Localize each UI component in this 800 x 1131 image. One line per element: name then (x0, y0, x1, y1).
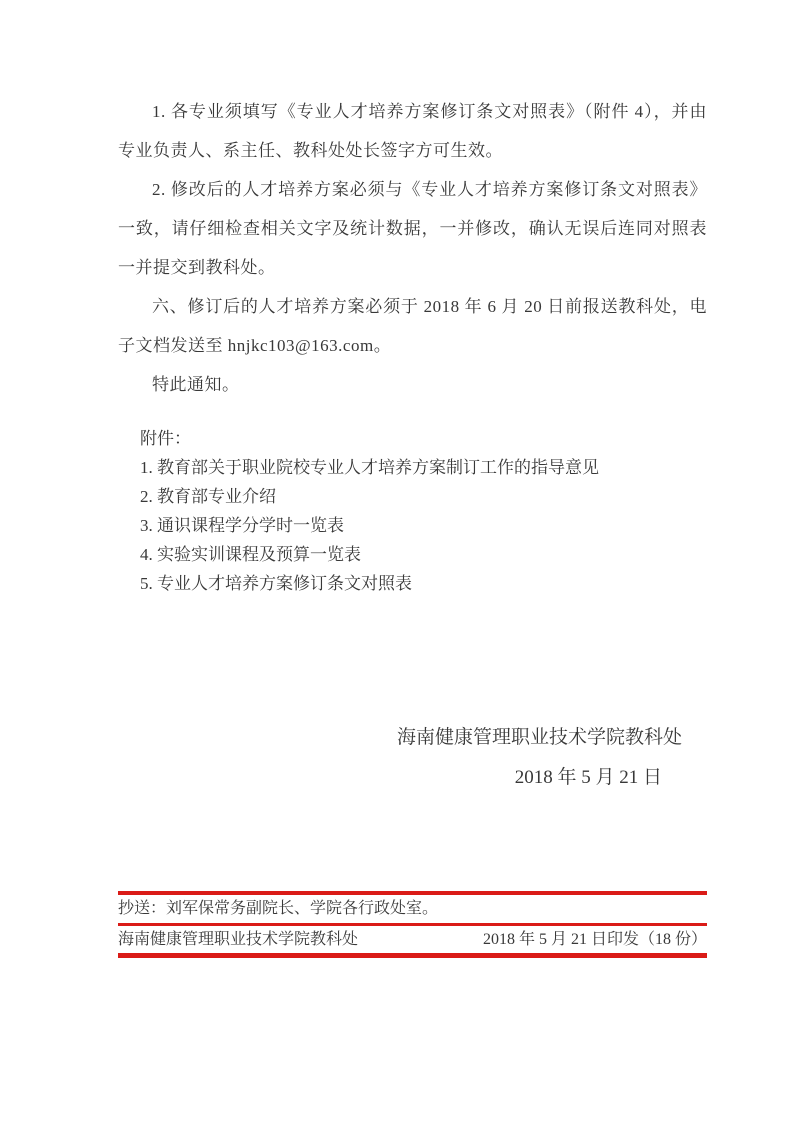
footer-issuer: 海南健康管理职业技术学院教科处 (118, 929, 358, 950)
notice-document-page: 1. 各专业须填写《专业人才培养方案修订条文对照表》（附件 4），并由专业负责人… (0, 0, 800, 1131)
footer-print-info: 2018 年 5 月 21 日印发（18 份） (483, 929, 707, 950)
closing-remark: 特此通知。 (118, 365, 707, 404)
body-paragraph-2: 2. 修改后的人才培养方案必须与《专业人才培养方案修订条文对照表》一致，请仔细检… (118, 170, 707, 287)
cc-line: 抄送：刘军保常务副院长、学院各行政处室。 (118, 900, 438, 917)
attachments-label: 附件： (140, 424, 707, 453)
attachment-item-5: 5. 专业人才培养方案修订条文对照表 (140, 569, 707, 598)
body-paragraph-1: 1. 各专业须填写《专业人才培养方案修订条文对照表》（附件 4），并由专业负责人… (118, 92, 707, 170)
attachment-item-4: 4. 实验实训课程及预算一览表 (140, 540, 707, 569)
body-paragraph-3: 六、修订后的人才培养方案必须于 2018 年 6 月 20 日前报送教科处，电子… (118, 287, 707, 365)
signature-block: 海南健康管理职业技术学院教科处 2018 年 5 月 21 日 (118, 718, 707, 798)
body-text: 1. 各专业须填写《专业人才培养方案修订条文对照表》（附件 4），并由专业负责人… (118, 92, 707, 404)
signature-issuer: 海南健康管理职业技术学院教科处 (118, 718, 707, 758)
footer-colophon: 抄送：刘军保常务副院长、学院各行政处室。 海南健康管理职业技术学院教科处 201… (118, 891, 707, 958)
attachment-item-2: 2. 教育部专业介绍 (140, 482, 707, 511)
footer-cc-row: 抄送：刘军保常务副院长、学院各行政处室。 (118, 895, 707, 923)
footer-red-rule-bottom (118, 953, 707, 958)
footer-issue-row: 海南健康管理职业技术学院教科处 2018 年 5 月 21 日印发（18 份） (118, 926, 707, 953)
attachment-item-1: 1. 教育部关于职业院校专业人才培养方案制订工作的指导意见 (140, 453, 707, 482)
attachments-section: 附件： 1. 教育部关于职业院校专业人才培养方案制订工作的指导意见 2. 教育部… (118, 424, 707, 598)
document-content: 1. 各专业须填写《专业人才培养方案修订条文对照表》（附件 4），并由专业负责人… (118, 0, 707, 958)
signature-date: 2018 年 5 月 21 日 (118, 758, 707, 798)
attachment-item-3: 3. 通识课程学分学时一览表 (140, 511, 707, 540)
